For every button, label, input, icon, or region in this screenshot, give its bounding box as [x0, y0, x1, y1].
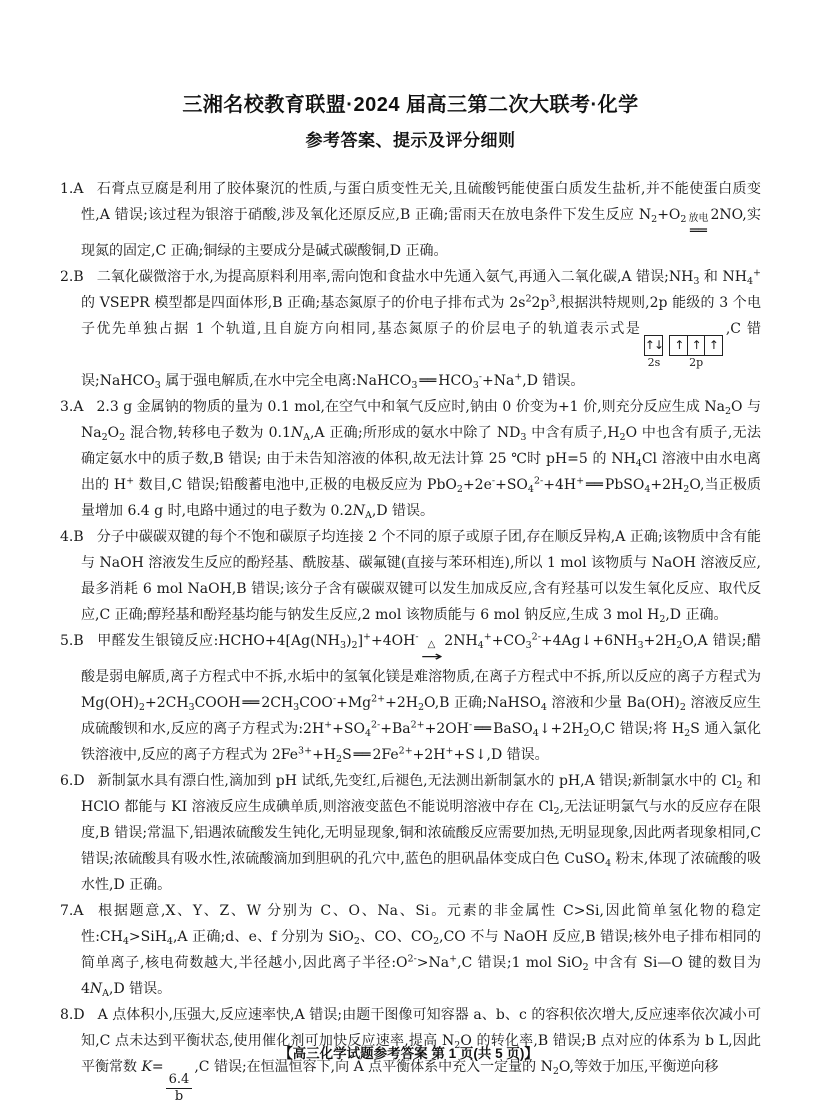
- answer-number: 4.B: [60, 529, 84, 545]
- orbital-box: ↑: [687, 335, 706, 356]
- answer-item-5: 5.B甲醛发生银镜反应:HCHO+4[Ag(NH3)2]++4OH-△→2NH4…: [60, 628, 761, 768]
- orbital-box: ↑↓: [644, 335, 663, 356]
- answer-number: 1.A: [60, 181, 83, 197]
- answer-item-3: 3.A2.3 g 金属钠的物质的量为 0.1 mol,在空气中和氧气反应时,钠由…: [60, 394, 761, 524]
- doc-title: 三湘名校教育联盟·2024 届高三第二次大联考·化学: [60, 88, 761, 117]
- doc-subtitle: 参考答案、提示及评分细则: [60, 126, 761, 151]
- answers-list: 1.A石膏点豆腐是利用了胶体聚沉的性质,与蛋白质变性无关,且硫酸钙能使蛋白质发生…: [60, 176, 761, 1105]
- answer-item-1: 1.A石膏点豆腐是利用了胶体聚沉的性质,与蛋白质变性无关,且硫酸钙能使蛋白质发生…: [60, 176, 761, 264]
- orbital-diagram: ↑↓2s↑↑↑2p: [644, 335, 722, 368]
- answer-text: 根据题意,X、Y、Z、W 分别为 C、O、Na、Si。元素的非金属性 C>Si,…: [81, 903, 761, 997]
- orbital-box: ↑: [704, 335, 723, 356]
- page-footer: 【高三化学试题参考答案 第 1 页(共 5 页)】: [0, 1042, 817, 1062]
- answer-text: 新制氯水具有漂白性,滴加到 pH 试纸,先变红,后褪色,无法测出新制氯水的 pH…: [81, 773, 761, 893]
- orbital-label: 2s: [648, 357, 661, 368]
- answer-number: 8.D: [60, 1007, 85, 1023]
- chem-equals: ══: [419, 373, 436, 389]
- answer-number: 2.B: [60, 269, 84, 285]
- answer-text: 分子中碳碳双键的每个不饱和碳原子均连接 2 个不同的原子或原子团,存在顺反异构,…: [81, 529, 761, 623]
- answer-text: 二氧化碳微溶于水,为提高原料利用率,需向饱和食盐水中先通入氨气,再通入二氧化碳,…: [81, 269, 761, 389]
- arrow-with-condition: △→: [421, 640, 443, 664]
- answer-item-6: 6.D新制氯水具有漂白性,滴加到 pH 试纸,先变红,后褪色,无法测出新制氯水的…: [60, 768, 761, 898]
- answer-text: 甲醛发生银镜反应:HCHO+4[Ag(NH3)2]++4OH-△→2NH4++C…: [81, 633, 761, 763]
- answer-text: A 点体积小,压强大,反应速率快,A 错误;由题干图像可知容器 a、b、c 的容…: [81, 1007, 761, 1075]
- answer-number: 6.D: [60, 773, 85, 789]
- answer-text: 2.3 g 金属钠的物质的量为 0.1 mol,在空气中和氧气反应时,钠由 0 …: [81, 399, 761, 519]
- chem-equals: ══: [474, 721, 491, 737]
- chem-equals: ══: [354, 747, 371, 763]
- answer-item-4: 4.B分子中碳碳双键的每个不饱和碳原子均连接 2 个不同的原子或原子团,存在顺反…: [60, 524, 761, 628]
- answer-number: 5.B: [60, 633, 84, 649]
- exam-answer-page: 三湘名校教育联盟·2024 届高三第二次大联考·化学 参考答案、提示及评分细则 …: [0, 0, 817, 1105]
- fraction: 6.4b: [166, 1073, 193, 1105]
- answer-number: 3.A: [60, 399, 83, 415]
- orbital-label: 2p: [689, 357, 703, 368]
- answer-number: 7.A: [60, 903, 83, 919]
- chem-equals: ══: [586, 477, 603, 493]
- answer-text: 石膏点豆腐是利用了胶体聚沉的性质,与蛋白质变性无关,且硫酸钙能使蛋白质发生盐析,…: [81, 181, 761, 259]
- chem-equals: ══: [242, 695, 259, 711]
- answer-item-2: 2.B二氧化碳微溶于水,为提高原料利用率,需向饱和食盐水中先通入氨气,再通入二氧…: [60, 264, 761, 394]
- orbital-box: ↑: [669, 335, 688, 356]
- equals-with-condition: 放电══: [688, 214, 708, 238]
- answer-item-7: 7.A根据题意,X、Y、Z、W 分别为 C、O、Na、Si。元素的非金属性 C>…: [60, 898, 761, 1002]
